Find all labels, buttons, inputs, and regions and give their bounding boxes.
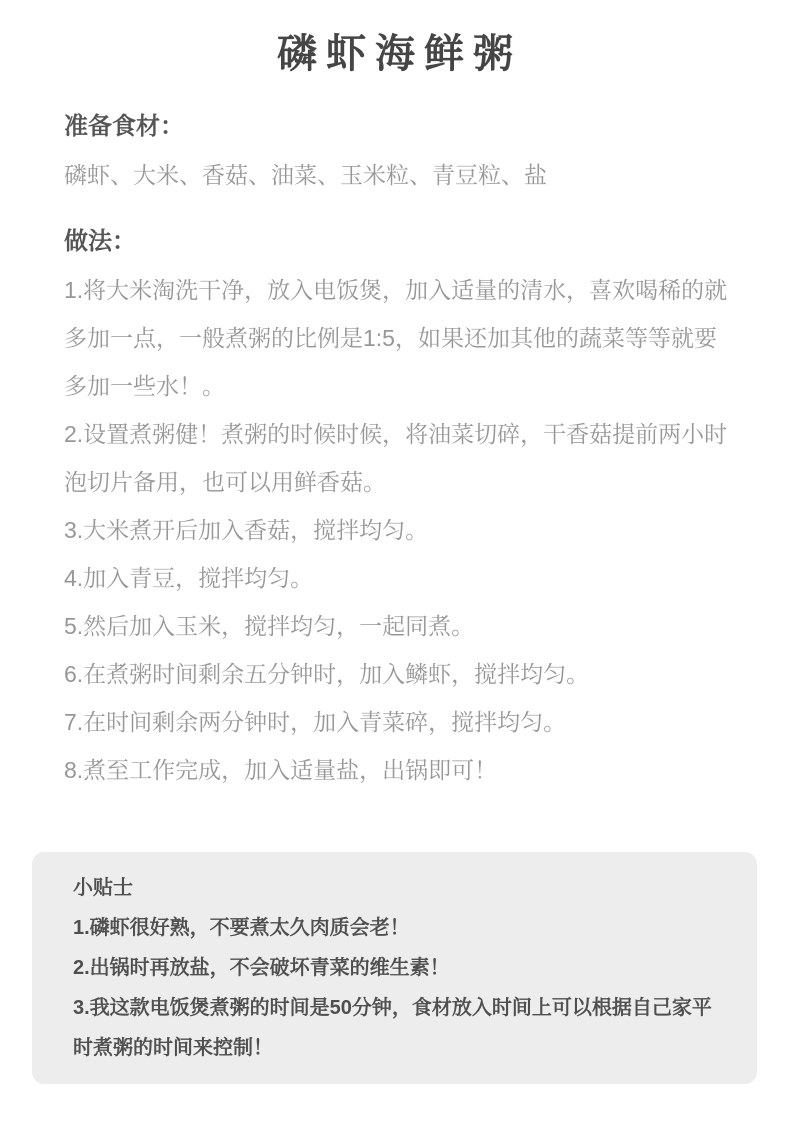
recipe-page: 磷虾海鲜粥 准备食材： 磷虾、大米、香菇、油菜、玉米粒、青豆粒、盐 做法： 1.… bbox=[0, 0, 790, 1148]
method-step-8: 8.煮至工作完成，加入适量盐，出锅即可！ bbox=[64, 746, 734, 794]
tip-item-2: 2.出锅时再放盐，不会破坏青菜的维生素！ bbox=[73, 948, 717, 988]
method-step-2: 2.设置煮粥健！煮粥的时候时候，将油菜切碎，干香菇提前两小时泡切片备用，也可以用… bbox=[64, 410, 734, 506]
method-steps: 1.将大米淘洗干净，放入电饭煲，加入适量的清水，喜欢喝稀的就多加一点，一般煮粥的… bbox=[64, 266, 734, 794]
method-step-5: 5.然后加入玉米，搅拌均匀，一起同煮。 bbox=[64, 602, 734, 650]
page-title: 磷虾海鲜粥 bbox=[0, 0, 790, 80]
tips-box: 小贴士 1.磷虾很好熟，不要煮太久肉质会老！ 2.出锅时再放盐，不会破坏青菜的维… bbox=[32, 852, 757, 1084]
tip-item-3: 3.我这款电饭煲煮粥的时间是50分钟，食材放入时间上可以根据自己家平时煮粥的时间… bbox=[73, 988, 717, 1068]
tips-heading: 小贴士 bbox=[73, 868, 717, 908]
ingredients-heading: 准备食材： bbox=[64, 103, 734, 151]
method-step-3: 3.大米煮开后加入香菇，搅拌均匀。 bbox=[64, 506, 734, 554]
recipe-content: 准备食材： 磷虾、大米、香菇、油菜、玉米粒、青豆粒、盐 做法： 1.将大米淘洗干… bbox=[0, 103, 790, 794]
method-step-1: 1.将大米淘洗干净，放入电饭煲，加入适量的清水，喜欢喝稀的就多加一点，一般煮粥的… bbox=[64, 266, 734, 410]
method-step-7: 7.在时间剩余两分钟时，加入青菜碎，搅拌均匀。 bbox=[64, 698, 734, 746]
method-step-6: 6.在煮粥时间剩余五分钟时，加入鳞虾，搅拌均匀。 bbox=[64, 650, 734, 698]
method-step-4: 4.加入青豆，搅拌均匀。 bbox=[64, 554, 734, 602]
ingredients-list: 磷虾、大米、香菇、油菜、玉米粒、青豆粒、盐 bbox=[64, 151, 734, 199]
method-heading: 做法： bbox=[64, 218, 734, 266]
tip-item-1: 1.磷虾很好熟，不要煮太久肉质会老！ bbox=[73, 908, 717, 948]
